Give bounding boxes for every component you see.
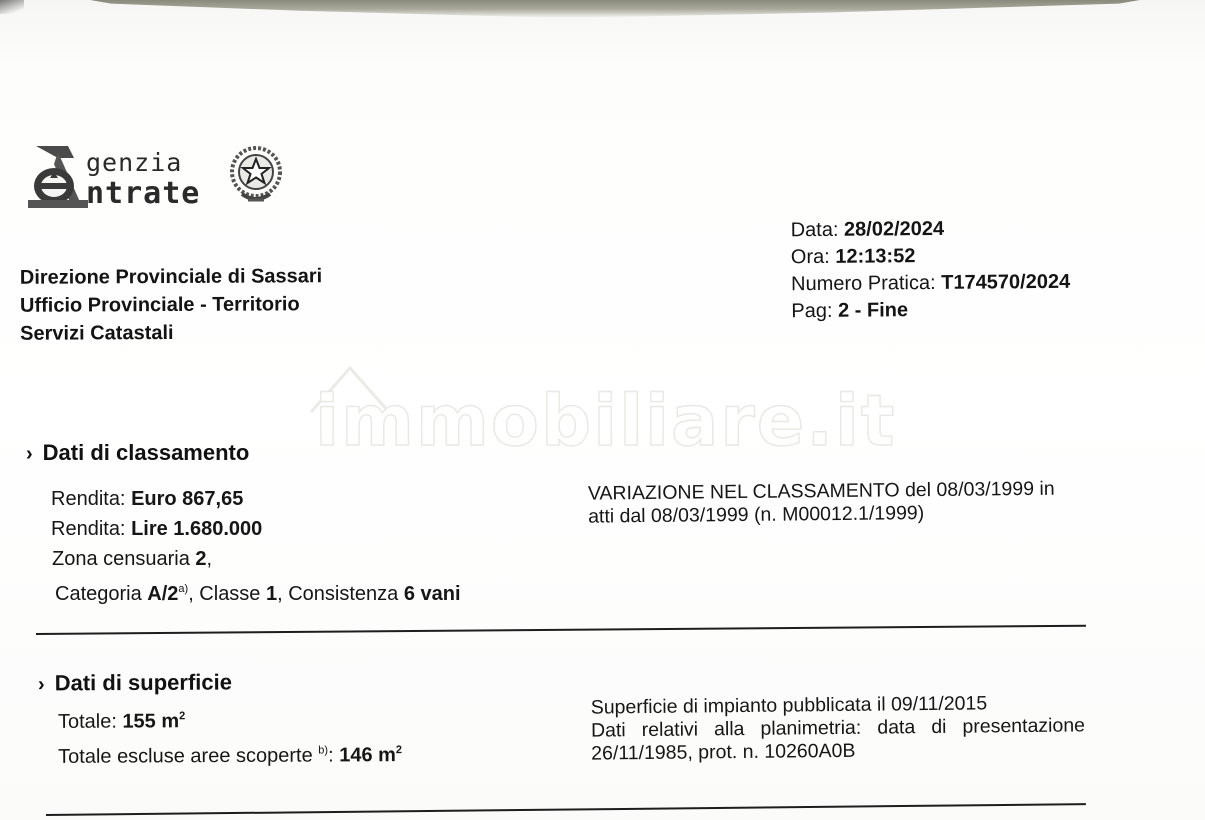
- meta-pratica-value: T174570/2024: [941, 271, 1070, 294]
- superficie-totale: Totale: 155 m2: [58, 700, 402, 737]
- categoria-classe-consistenza: Categoria A/2a), Classe 1, Consistenza 6…: [55, 574, 461, 609]
- variazione-classamento: VARIAZIONE NEL CLASSAMENTO del 08/03/199…: [588, 477, 1088, 528]
- document-meta: Data: 28/02/2024 Ora: 12:13:52 Numero Pr…: [791, 215, 1071, 325]
- logo-word-entrate: ntrate: [86, 176, 200, 211]
- scan-edge: [0, 0, 24, 14]
- meta-ora: Ora: 12:13:52: [791, 242, 1070, 271]
- meta-pag-value: 2 - Fine: [838, 299, 908, 322]
- superficie-escluse: Totale escluse aree scoperte b): 146 m2: [58, 735, 402, 772]
- logo-word-agenzia: genzia: [86, 148, 182, 177]
- section-divider: [46, 803, 1086, 816]
- chevron-right-icon: ›: [26, 443, 33, 465]
- meta-pag: Pag: 2 - Fine: [791, 296, 1070, 325]
- office-servizi: Servizi Catastali: [20, 318, 323, 348]
- section-title-superficie: ›Dati di superficie: [38, 669, 232, 696]
- meta-data: Data: 28/02/2024: [791, 215, 1070, 244]
- rendita-lire: Rendita: Lire 1.680.000: [51, 514, 461, 544]
- planimetria-line2: 26/11/1985, prot. n. 10260A0B: [591, 737, 1085, 765]
- meta-data-value: 28/02/2024: [844, 218, 944, 241]
- superficie-notes: Superficie di impianto pubblicata il 09/…: [591, 691, 1086, 765]
- office-direzione: Direzione Provinciale di Sassari: [20, 262, 323, 292]
- watermark-text: immobiliare.it: [315, 380, 896, 462]
- section-divider: [36, 625, 1086, 635]
- italian-republic-emblem-icon: [228, 142, 284, 208]
- meta-pratica: Numero Pratica: T174570/2024: [791, 269, 1070, 298]
- agenzia-entrate-a-e-icon: [28, 142, 90, 210]
- office-ufficio: Ufficio Provinciale - Territorio: [20, 290, 323, 320]
- classamento-details: Rendita: Euro 867,65 Rendita: Lire 1.680…: [51, 484, 461, 609]
- office-info: Direzione Provinciale di Sassari Ufficio…: [20, 262, 323, 348]
- meta-ora-value: 12:13:52: [835, 245, 915, 268]
- footnote-b: b): [318, 744, 328, 756]
- scan-shadow: [90, 0, 1140, 18]
- zona-censuaria: Zona censuaria 2,: [52, 544, 461, 574]
- agenzia-entrate-logo: genzia ntrate: [28, 140, 288, 215]
- chevron-right-icon: ›: [38, 673, 45, 695]
- section-title-classamento: ›Dati di classamento: [26, 440, 249, 466]
- superficie-details: Totale: 155 m2 Totale escluse aree scope…: [58, 700, 402, 772]
- footnote-a: a): [178, 583, 188, 595]
- rendita-euro: Rendita: Euro 867,65: [51, 484, 461, 514]
- immobiliare-watermark: immobiliare.it: [305, 362, 905, 462]
- scanned-document-page: genzia ntrate Direzione Provinciale di S…: [0, 0, 1205, 820]
